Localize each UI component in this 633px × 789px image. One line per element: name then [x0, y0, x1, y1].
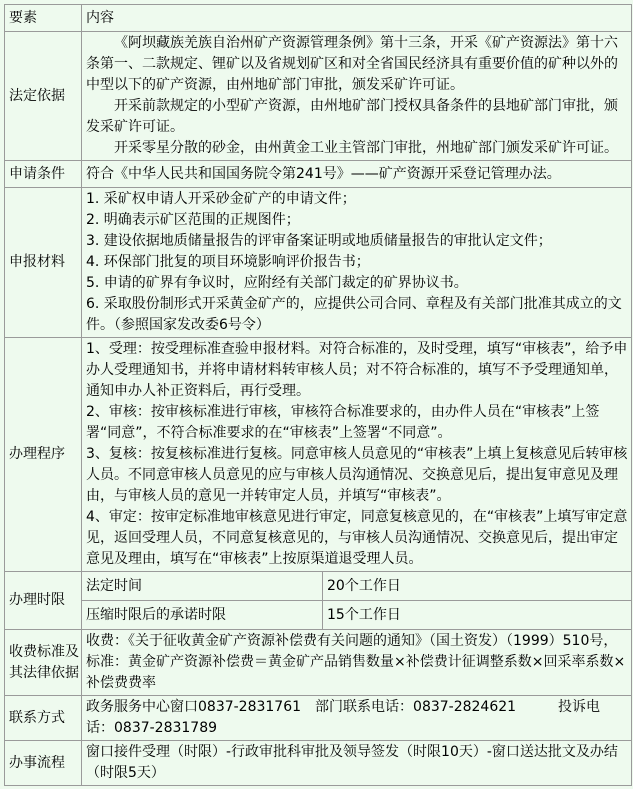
time-limit-statutory-value: 20个工作日 — [323, 572, 632, 601]
row-time-limit-statutory: 办理时限 法定时间 20个工作日 — [5, 572, 632, 601]
application-materials-item: 5. 申请的矿界有争议时，应附经有关部门裁定的矿界协议书。 — [86, 273, 628, 294]
workflow-content: 窗口接件受理（时限）-行政审批科审批及领导签发（时限10天）-窗口送达批文及办结… — [82, 741, 632, 786]
row-procedure: 办理程序 1、受理：按受理标准查验申报材料。对符合标准的，及时受理，填写“审核表… — [5, 338, 632, 572]
service-guide-page: 要素 内容 法定依据 《阿坝藏族羌族自治州矿产资源管理条例》第十三条，开采《矿产… — [0, 0, 633, 789]
procedure-step: 2、审核：按审核标准进行审核，审核符合标准要求的，由办件人员在“审核表”上签署“… — [86, 402, 628, 444]
legal-basis-label: 法定依据 — [5, 32, 82, 161]
application-materials-item: 3. 建设依据地质储量报告的评审备案证明或地质储量报告的审批认定文件； — [86, 231, 628, 252]
procedure-content: 1、受理：按受理标准查验申报材料。对符合标准的，及时受理，填写“审核表”，给予申… — [82, 338, 632, 572]
workflow-label: 办事流程 — [5, 741, 82, 786]
contact-label: 联系方式 — [5, 696, 82, 741]
row-contact: 联系方式 政务服务中心窗口0837-2831761 部门联系电话：0837-28… — [5, 696, 632, 741]
legal-basis-paragraph: 《阿坝藏族羌族自治州矿产资源管理条例》第十三条，开采《矿产资源法》第十六条第一、… — [86, 33, 628, 96]
row-legal-basis: 法定依据 《阿坝藏族羌族自治州矿产资源管理条例》第十三条，开采《矿产资源法》第十… — [5, 32, 632, 161]
row-application-conditions: 申请条件 符合《中华人民共和国国务院令第241号》——矿产资源开采登记管理办法。 — [5, 161, 632, 188]
header-element-cell: 要素 — [5, 5, 82, 32]
table-header-row: 要素 内容 — [5, 5, 632, 32]
application-conditions-label: 申请条件 — [5, 161, 82, 188]
application-materials-label: 申报材料 — [5, 188, 82, 338]
procedure-step: 1、受理：按受理标准查验申报材料。对符合标准的，及时受理，填写“审核表”，给予申… — [86, 339, 628, 402]
time-limit-promised-value: 15个工作日 — [323, 601, 632, 630]
legal-basis-paragraph: 开采前款规定的小型矿产资源，由州地矿部门授权具备条件的县地矿部门审批，颁发采矿许… — [86, 96, 628, 138]
fees-label: 收费标准及其法律依据 — [5, 630, 82, 696]
row-application-materials: 申报材料 1. 采矿权申请人开采砂金矿产的申请文件； 2. 明确表示矿区范围的正… — [5, 188, 632, 338]
header-content-cell: 内容 — [82, 5, 632, 32]
time-limit-statutory-name: 法定时间 — [82, 572, 323, 601]
row-fees: 收费标准及其法律依据 收费：《关于征收黄金矿产资源补偿费有关问题的通知》（国土资… — [5, 630, 632, 696]
service-info-table: 要素 内容 法定依据 《阿坝藏族羌族自治州矿产资源管理条例》第十三条，开采《矿产… — [4, 4, 632, 786]
row-workflow: 办事流程 窗口接件受理（时限）-行政审批科审批及领导签发（时限10天）-窗口送达… — [5, 741, 632, 786]
fees-content: 收费：《关于征收黄金矿产资源补偿费有关问题的通知》（国土资发）（1999）510… — [82, 630, 632, 696]
procedure-step: 4、审定：按审定标准地审核意见进行审定，同意复核意见的，在“审核表”上填写审定意… — [86, 507, 628, 570]
procedure-label: 办理程序 — [5, 338, 82, 572]
application-conditions-content: 符合《中华人民共和国国务院令第241号》——矿产资源开采登记管理办法。 — [82, 161, 632, 188]
application-materials-item: 2. 明确表示矿区范围的正规图件； — [86, 210, 628, 231]
time-limit-label: 办理时限 — [5, 572, 82, 630]
row-time-limit-promised: 压缩时限后的承诺时限 15个工作日 — [5, 601, 632, 630]
legal-basis-paragraph: 开采零星分散的砂金，由州黄金工业主管部门审批，州地矿部门颁发采矿许可证。 — [86, 138, 628, 159]
application-materials-content: 1. 采矿权申请人开采砂金矿产的申请文件； 2. 明确表示矿区范围的正规图件； … — [82, 188, 632, 338]
application-materials-item: 4. 环保部门批复的项目环境影响评价报告书； — [86, 252, 628, 273]
time-limit-promised-name: 压缩时限后的承诺时限 — [82, 601, 323, 630]
application-materials-item: 1. 采矿权申请人开采砂金矿产的申请文件； — [86, 189, 628, 210]
application-materials-item: 6. 采取股份制形式开采黄金矿产的，应提供公司合同、章程及有关部门批准其成立的文… — [86, 294, 628, 336]
procedure-step: 3、复核：按复核标准进行复核。同意审核人员意见的“审核表”上填上复核意见后转审核… — [86, 444, 628, 507]
contact-content: 政务服务中心窗口0837-2831761 部门联系电话：0837-2824621… — [82, 696, 632, 741]
legal-basis-content: 《阿坝藏族羌族自治州矿产资源管理条例》第十三条，开采《矿产资源法》第十六条第一、… — [82, 32, 632, 161]
